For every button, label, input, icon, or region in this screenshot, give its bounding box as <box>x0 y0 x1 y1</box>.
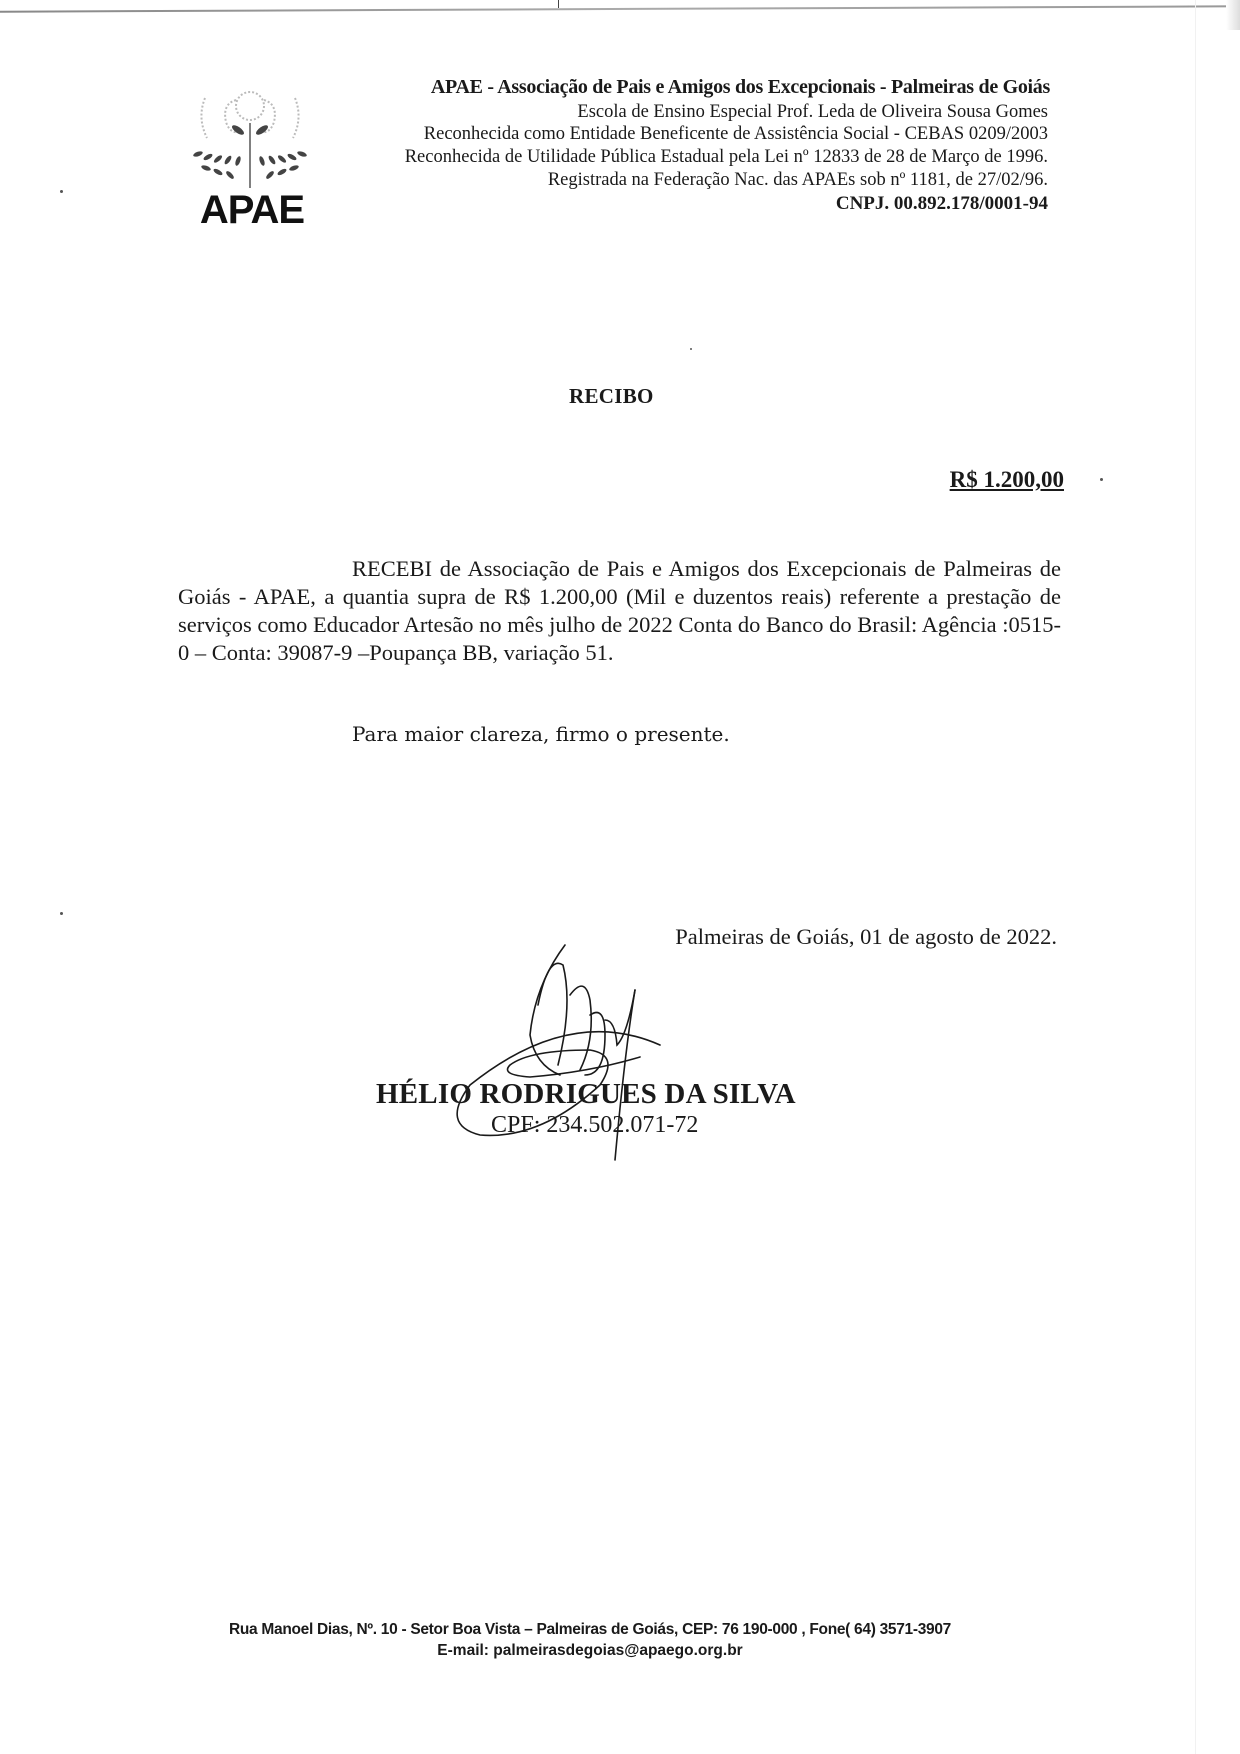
footer-email: E-mail: palmeirasdegoias@apaego.org.br <box>170 1642 1010 1660</box>
scan-speck <box>690 348 692 350</box>
scan-speck <box>60 190 63 193</box>
signatory-name: HÉLIO RODRIGUES DA SILVA <box>376 1078 796 1111</box>
logo-wordmark: APAE <box>192 188 312 233</box>
scan-edge-line <box>0 5 1240 12</box>
scan-tick-mark <box>558 0 559 8</box>
closing-statement: Para maior clareza, firmo o presente. <box>352 722 730 746</box>
letterhead-org-name: APAE - Associação de Pais e Amigos dos E… <box>431 76 1050 99</box>
receipt-amount: R$ 1.200,00 <box>950 467 1064 493</box>
document-title: RECIBO <box>569 384 654 409</box>
letterhead-cnpj: CNPJ. 00.892.178/0001-94 <box>836 193 1048 215</box>
scan-speck <box>60 912 63 915</box>
receipt-body: RECEBI de Associação de Pais e Amigos do… <box>178 555 1061 667</box>
scan-speck <box>1100 478 1103 481</box>
flower-wreath-icon <box>190 78 310 190</box>
footer-address: Rua Manoel Dias, Nº. 10 - Setor Boa Vist… <box>170 1621 1010 1639</box>
letterhead-school: Escola de Ensino Especial Prof. Leda de … <box>577 102 1048 123</box>
letterhead-cebas: Reconhecida como Entidade Beneficente de… <box>424 124 1048 145</box>
letterhead-registration: Registrada na Federação Nac. das APAEs s… <box>548 170 1048 191</box>
scan-corner-shadow <box>1226 0 1240 30</box>
apae-logo: APAE <box>190 78 310 228</box>
letterhead-public-utility: Reconhecida de Utilidade Pública Estadua… <box>405 147 1048 168</box>
signatory-cpf: CPF: 234.502.071-72 <box>491 1112 698 1139</box>
page-fold-line <box>1195 0 1196 1754</box>
